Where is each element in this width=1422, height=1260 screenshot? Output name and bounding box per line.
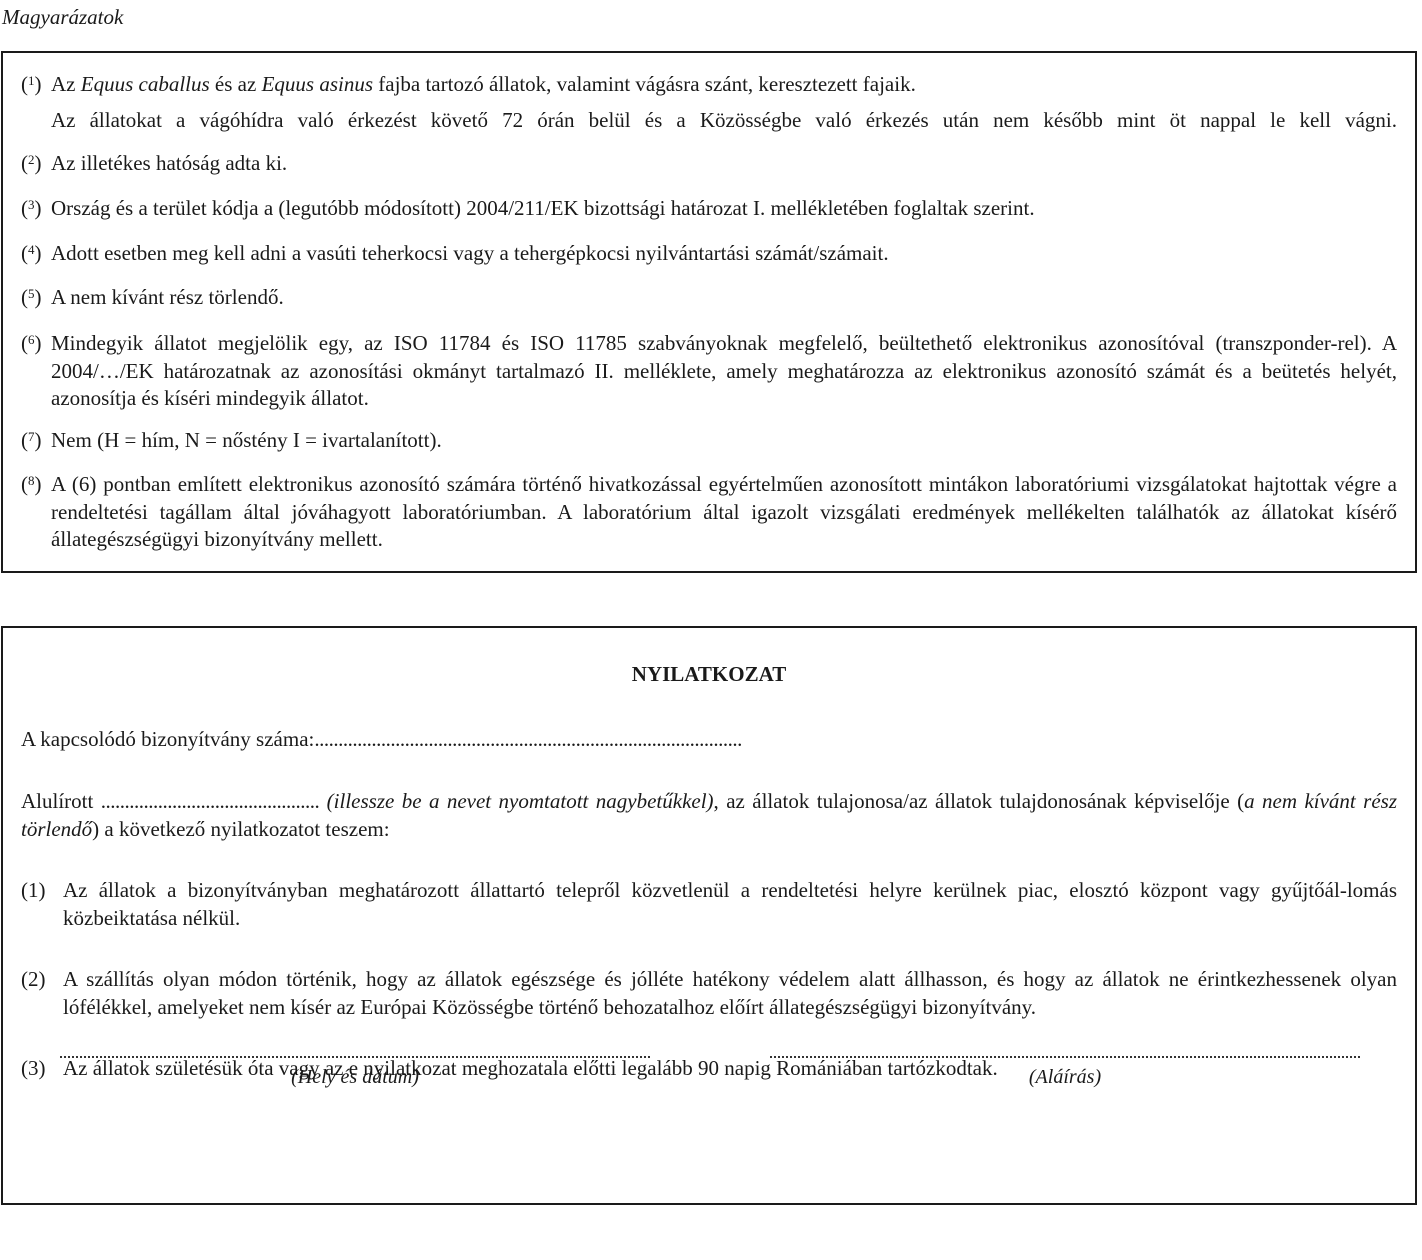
species-name: Equus asinus [262,72,373,96]
point-number: (2) [21,965,46,993]
footnote-8: (8) A (6) pontban említett elektronikus … [21,471,1397,554]
footnote-text: A nem kívánt rész törlendő. [51,284,1397,312]
footnote-text: Az Equus caballus és az Equus asinus faj… [51,71,1397,99]
footnote-text: Mindegyik állatot megjelölik egy, az ISO… [51,330,1397,413]
certificate-number-field[interactable]: ........................................… [314,727,742,751]
point-number: (3) [21,1054,46,1082]
footnote-number: (5) [21,284,42,312]
footnote-5: (5) A nem kívánt rész törlendő. [21,284,1397,312]
footnote-text: A (6) pontban említett elektronikus azon… [51,471,1397,554]
footnote-text: Nem (H = hím, N = nőstény I = ivartalaní… [51,427,1397,455]
explanations-heading: Magyarázatok [2,5,123,30]
declaration-point-1: (1) Az állatok a bizonyítványban meghatá… [21,876,1397,932]
undersigned-name-field[interactable]: ........................................… [101,789,320,813]
certificate-number-line: A kapcsolódó bizonyítvány száma:........… [21,725,1397,753]
point-text: Az állatok a bizonyítványban meghatározo… [63,876,1397,932]
signature-field[interactable] [770,1050,1360,1058]
place-date-signature: (Hely és dátum) [60,1050,650,1089]
footnote-1: (1) Az Equus caballus és az Equus asinus… [21,71,1397,134]
footnote-6: (6) Mindegyik állatot megjelölik egy, az… [21,330,1397,413]
footnote-text: Az illetékes hatóság adta ki. [51,150,1397,178]
place-date-field[interactable] [60,1050,650,1058]
footnote-text: Ország és a terület kódja a (legutóbb mó… [51,195,1397,223]
declaration-box: NYILATKOZAT A kapcsolódó bizonyítvány sz… [1,626,1417,1205]
certificate-number-label: A kapcsolódó bizonyítvány száma: [21,727,314,751]
footnote-subtext: Az állatokat a vágóhídra való érkezést k… [51,107,1397,135]
footnote-number: (7) [21,427,42,455]
footnote-number: (8) [21,471,42,499]
footnote-3: (3) Ország és a terület kódja a (legutób… [21,195,1397,223]
footnote-text-part: fajba tartozó állatok, valamint vágásra … [373,72,916,96]
footnote-text-part: és az [210,72,262,96]
footnote-number: (4) [21,240,42,268]
footnote-4: (4) Adott esetben meg kell adni a vasúti… [21,240,1397,268]
name-instruction: (illessze be a nevet nyomtatott nagybetű… [327,789,714,813]
footnote-number: (2) [21,150,42,178]
signature-caption: (Aláírás) [770,1066,1360,1089]
footnote-text: Adott esetben meg kell adni a vasúti teh… [51,240,1397,268]
footnote-number: (3) [21,195,42,223]
footnote-text-part: Az [51,72,81,96]
point-text: A szállítás olyan módon történik, hogy a… [63,965,1397,1021]
footnote-7: (7) Nem (H = hím, N = nőstény I = ivarta… [21,427,1397,455]
place-date-caption: (Hely és dátum) [60,1066,650,1089]
signature-block: (Aláírás) [770,1050,1360,1089]
owner-text: , az állatok tulajonosa/az állatok tulaj… [714,789,1245,813]
point-number: (1) [21,876,46,904]
footnote-number: (1) [21,71,42,99]
footnotes-box: (1) Az Equus caballus és az Equus asinus… [1,51,1417,573]
footnote-2: (2) Az illetékes hatóság adta ki. [21,150,1397,178]
species-name: Equus caballus [81,72,210,96]
statement-end: ) a következő nyilatkozatot teszem: [92,817,389,841]
declaration-point-2: (2) A szállítás olyan módon történik, ho… [21,965,1397,1021]
undersigned-label: Alulírott [21,789,93,813]
undersigned-statement: Alulírott ..............................… [21,787,1397,843]
footnote-number: (6) [21,330,42,358]
declaration-title: NYILATKOZAT [3,662,1415,687]
